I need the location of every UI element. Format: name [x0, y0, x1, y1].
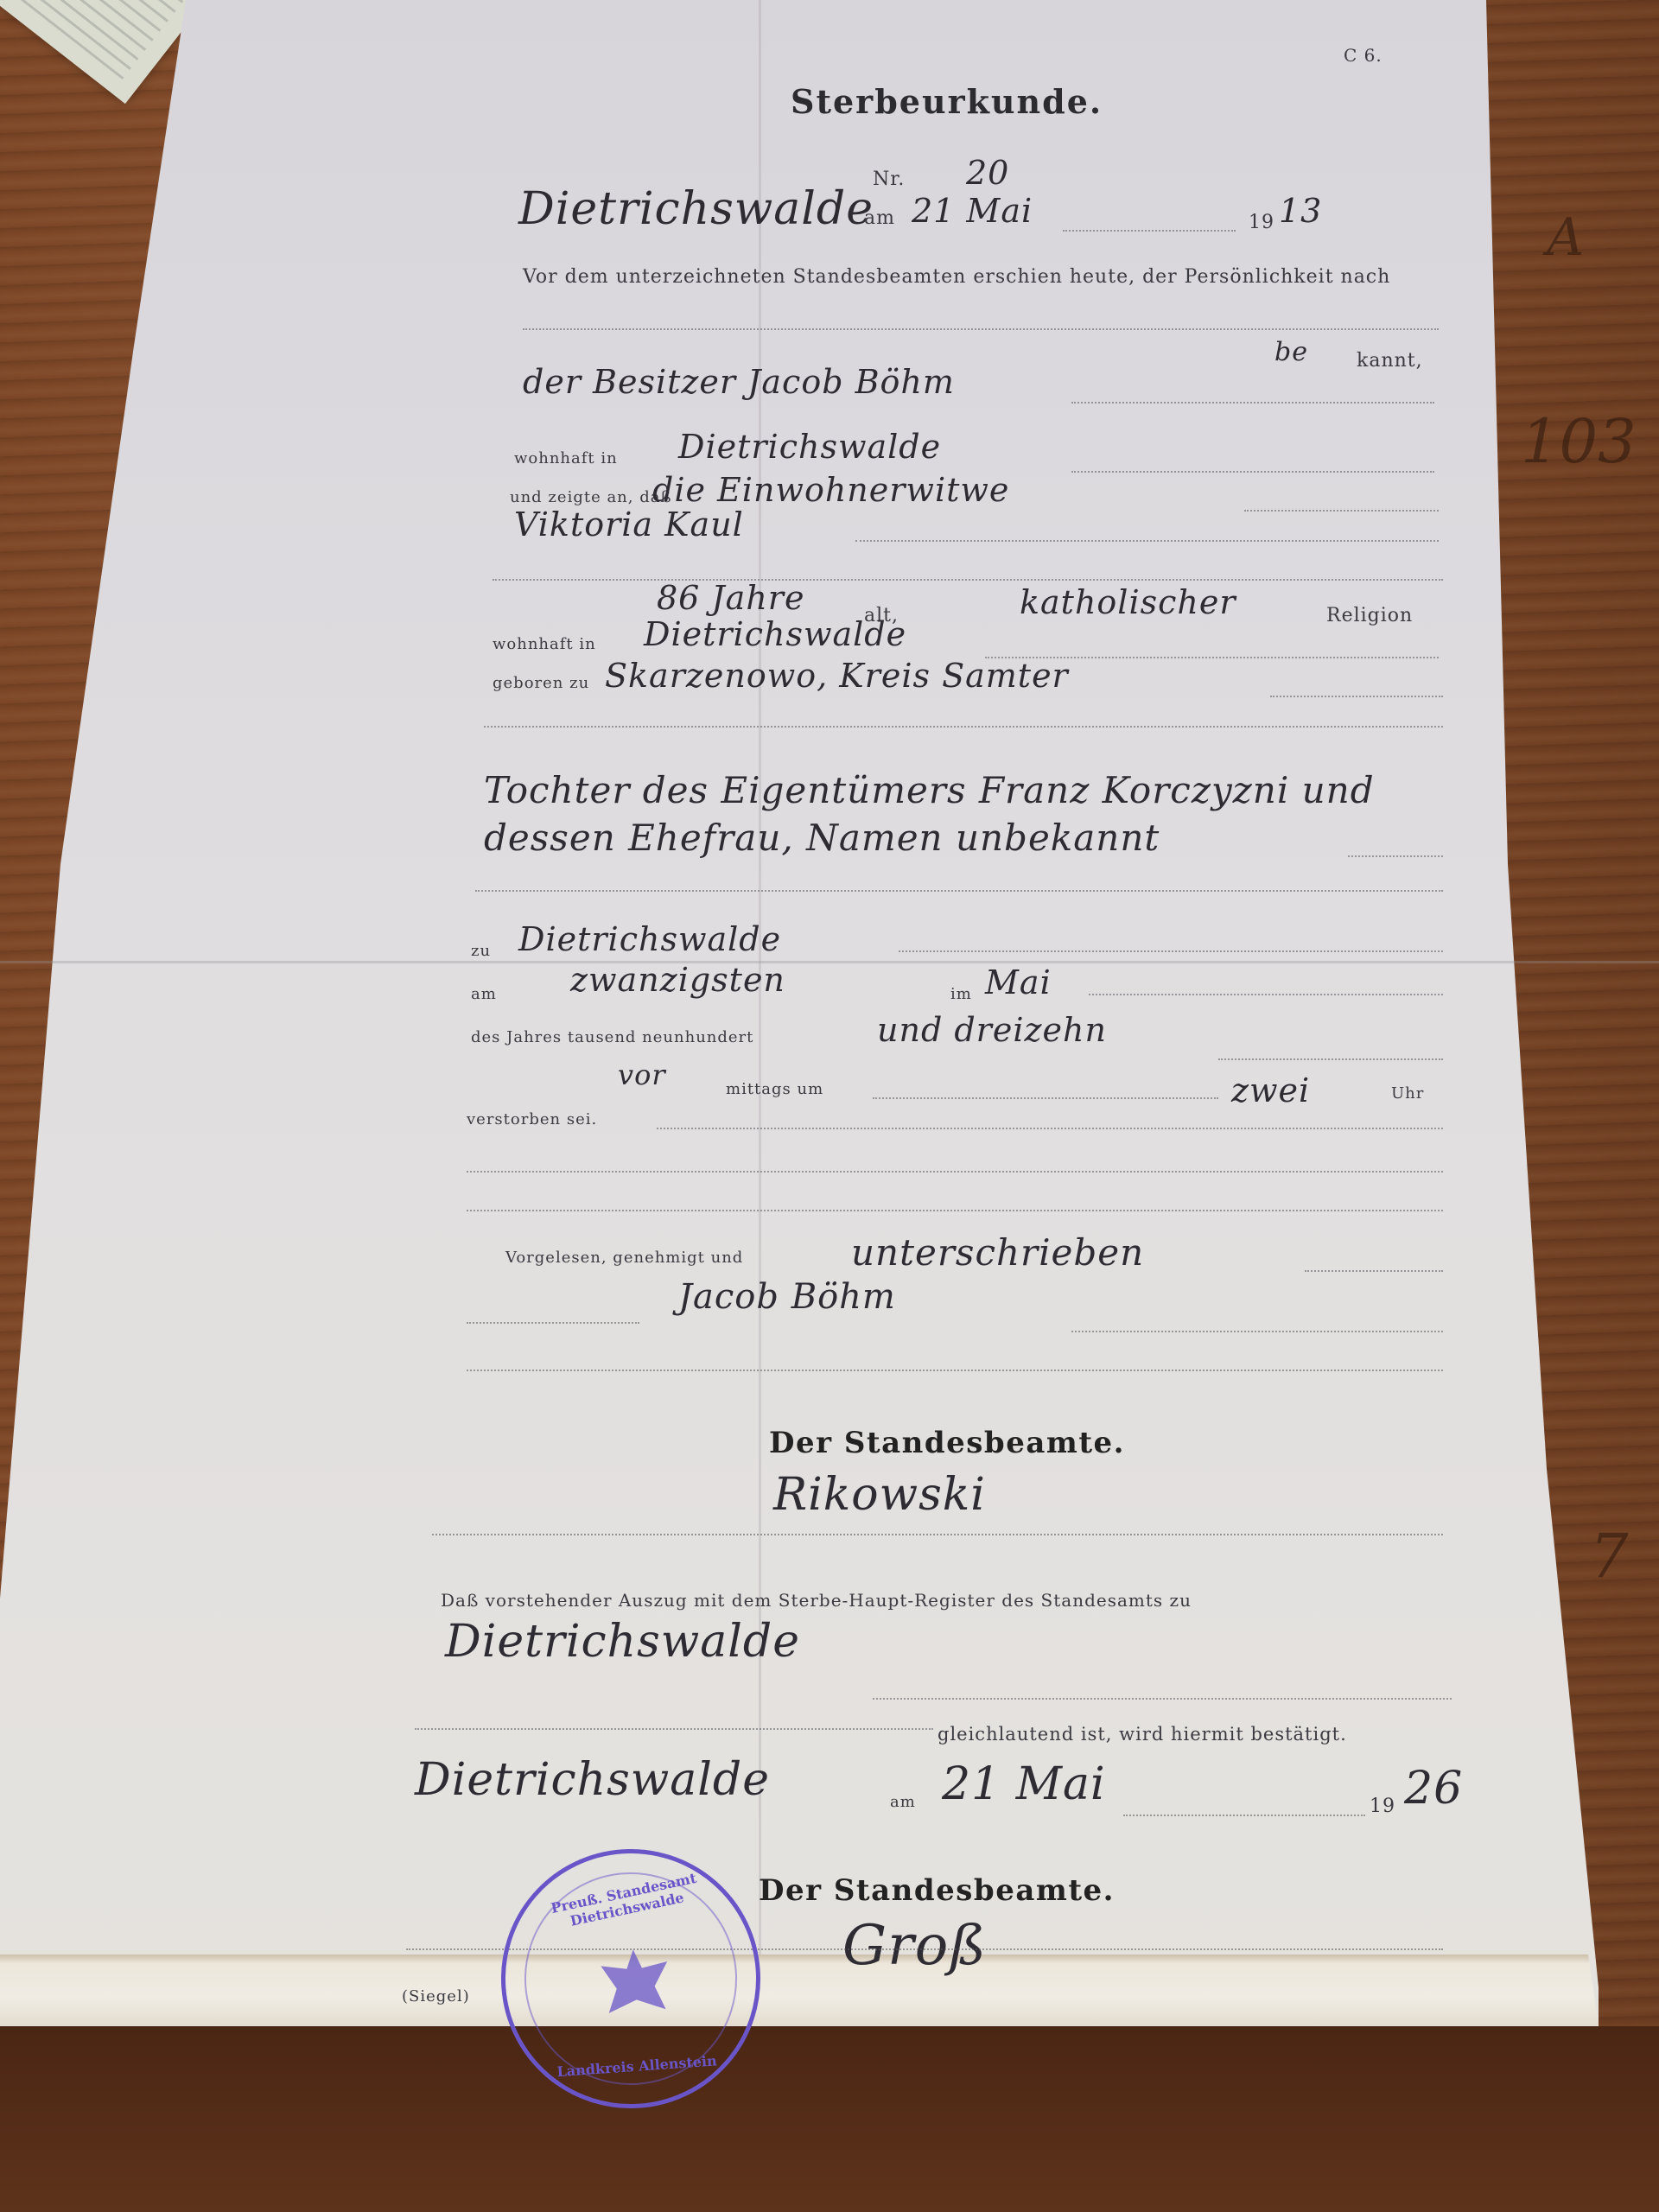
birth-label: geboren zu	[493, 674, 589, 692]
dotted-line	[855, 540, 1439, 542]
approved-hand: unterschrieben	[851, 1231, 1144, 1274]
registrar-label-1: Der Standesbeamte.	[769, 1426, 1125, 1460]
informant-residence: Dietrichswalde	[678, 428, 941, 466]
issue-date: 21 Mai	[942, 1758, 1106, 1810]
death-month: Mai	[985, 963, 1052, 1001]
dotted-line	[873, 1097, 1218, 1099]
hour-label: Uhr	[1391, 1084, 1424, 1103]
dotted-line	[467, 1322, 639, 1324]
known-suffix-print: kannt,	[1357, 350, 1423, 372]
dotted-line	[899, 950, 1443, 952]
form-number: C 6.	[1344, 45, 1382, 66]
death-month-label: im	[950, 985, 972, 1003]
dotted-line	[1063, 230, 1236, 232]
year-label: des Jahres tausend neunhundert	[471, 1028, 753, 1046]
seal-label: (Siegel)	[402, 1987, 470, 2005]
dotted-line	[1089, 994, 1443, 995]
dotted-line	[1305, 1270, 1443, 1272]
record-am-label: am	[864, 207, 895, 229]
registrar-signature-2: Groß	[842, 1914, 987, 1978]
record-year-prefix: 19	[1249, 212, 1274, 233]
death-place: Dietrichswalde	[518, 920, 781, 958]
deceased-label: verstorben sei.	[467, 1110, 597, 1128]
parents-line-1: Tochter des Eigentümers Franz Korczyzni …	[484, 769, 1375, 811]
dotted-line	[873, 1698, 1452, 1700]
residence-label: wohnhaft in	[514, 449, 618, 467]
deceased-name: Viktoria Kaul	[514, 505, 744, 543]
time-prefix: vor	[618, 1058, 666, 1091]
death-day: zwanzigsten	[570, 961, 785, 999]
dotted-line	[1270, 696, 1443, 697]
dotted-line	[415, 1728, 933, 1730]
dotted-line	[1071, 471, 1434, 473]
dotted-line	[1348, 855, 1443, 857]
certification-end: gleichlautend ist, wird hiermit bestätig…	[938, 1724, 1347, 1745]
record-place: Dietrichswalde	[518, 183, 874, 235]
informant-name: der Besitzer Jacob Böhm	[523, 363, 955, 401]
dotted-line	[467, 1171, 1443, 1173]
certificate-content: C 6. Sterbeurkunde. Nr. 20 Dietrichswald…	[0, 0, 1659, 2212]
dotted-line	[493, 579, 1443, 581]
approved-label: Vorgelesen, genehmigt und	[505, 1249, 743, 1267]
dotted-line	[475, 890, 1443, 892]
issue-am-label: am	[890, 1793, 916, 1811]
eagle-icon	[585, 1932, 686, 2033]
dotted-line	[484, 726, 1443, 728]
issue-year-suffix: 26	[1404, 1763, 1463, 1815]
death-year: und dreizehn	[877, 1011, 1107, 1049]
deceased-age: 86 Jahre	[657, 579, 804, 617]
informant-signature: Jacob Böhm	[678, 1277, 896, 1317]
registrar-signature-1: Rikowski	[773, 1469, 986, 1521]
dotted-line	[1218, 1058, 1443, 1060]
dotted-line	[1123, 1815, 1365, 1816]
dotted-line	[1071, 402, 1434, 404]
dotted-line	[1244, 510, 1439, 512]
issue-place: Dietrichswalde	[415, 1754, 770, 1806]
dotted-line	[467, 1210, 1443, 1211]
intro-text: Vor dem unterzeichneten Standesbeamten e…	[523, 266, 1390, 288]
deceased-residence-label: wohnhaft in	[493, 635, 596, 653]
dotted-line	[467, 1370, 1443, 1371]
death-hour: zwei	[1231, 1071, 1310, 1109]
death-place-label: zu	[471, 942, 491, 960]
certification-text: Daß vorstehender Auszug mit dem Sterbe-H…	[441, 1590, 1192, 1611]
report-hand: die Einwohnerwitwe	[652, 471, 1009, 509]
dotted-line	[432, 1534, 1443, 1535]
official-stamp: Preuß. Standesamt Dietrichswalde Landkre…	[493, 1840, 769, 2117]
deceased-religion: katholischer	[1020, 583, 1236, 621]
register-no-label: Nr.	[873, 168, 905, 190]
certificate-title: Sterbeurkunde.	[791, 82, 1103, 121]
register-no: 20	[966, 154, 1009, 192]
death-day-label: am	[471, 985, 497, 1003]
issue-year-prefix: 19	[1370, 1796, 1395, 1817]
dotted-line	[657, 1128, 1443, 1129]
record-year-suffix: 13	[1279, 192, 1322, 230]
dotted-line	[1071, 1331, 1443, 1332]
registrar-label-2: Der Standesbeamte.	[759, 1873, 1115, 1908]
time-label: mittags um	[726, 1080, 823, 1098]
dotted-line	[523, 328, 1439, 330]
report-label: und zeigte an, daß	[510, 488, 672, 506]
parents-line-2: dessen Ehefrau, Namen unbekannt	[484, 817, 1160, 859]
known-suffix-hand: be	[1274, 337, 1308, 367]
deceased-birthplace: Skarzenowo, Kreis Samter	[605, 657, 1069, 695]
record-date: 21 Mai	[912, 192, 1033, 230]
religion-label: Religion	[1326, 605, 1413, 626]
deceased-residence: Dietrichswalde	[644, 615, 906, 653]
certification-place: Dietrichswalde	[445, 1616, 800, 1668]
